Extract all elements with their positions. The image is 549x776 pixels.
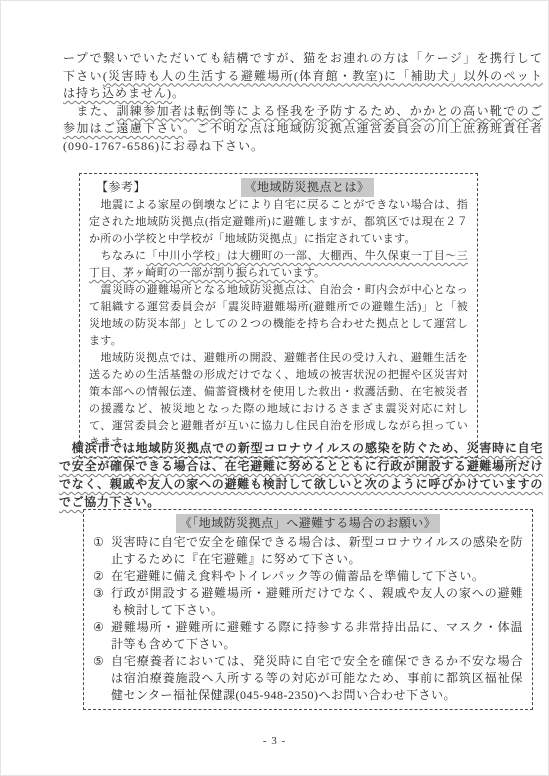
reference-paragraph-2: ちなみに「中川小学校」は大棚町の一部、大棚西、牛久保東一丁目～三丁目、茅ヶ崎町の… [89,248,468,282]
item-text: 災害時に自宅で安全を確保できる場合は、新型コロナウイルスの感染を防止するために『… [111,534,523,568]
request-box-header: 《「地域防災拠点」へ避難する場合のお願い》 [93,514,523,533]
item-marker: ③ [93,585,111,619]
item-text: 避難場所・避難所に避難する際に持参する非常持出品に、マスク・体温計等も含めて下さ… [111,619,523,653]
reference-paragraph-1: 地震による家屋の倒壊などにより自宅に戻ることができない場合は、指定された地域防災… [89,197,468,248]
covid-callout-text: 横浜市では地域防災拠点での新型コロナウイルスの感染を防ぐため、災害時に自宅で安全… [59,439,543,511]
item-marker: ⑤ [93,653,111,704]
list-item: ② 在宅避難に備え食料やトイレパック等の備蓄品を準備して下さい。 [93,568,523,585]
list-item: ① 災害時に自宅で安全を確保できる場合は、新型コロナウイルスの感染を防止するため… [93,534,523,568]
reference-title-wrap: 《地域防災拠点とは》 [146,178,468,197]
document-page: ープで繋いでいただいても結構ですが、猫をお連れの方は「ケージ」を携行して下さい(… [0,0,549,776]
reference-paragraph-4: 地域防災拠点では、避難所の開設、避難者住民の受け入れ、避難生活を送るための生活基… [89,350,468,452]
reference-box-body: 地震による家屋の倒壊などにより自宅に戻ることができない場合は、指定された地域防災… [89,197,468,452]
request-box: 《「地域防災拠点」へ避難する場合のお願い》 ① 災害時に自宅で安全を確保できる場… [83,509,533,710]
request-box-title: 《「地域防災拠点」へ避難する場合のお願い》 [176,514,441,533]
intro-text-block: ープで繋いでいただいても結構ですが、猫をお連れの方は「ケージ」を携行して下さい(… [63,50,543,155]
item-text: 行政が開設する避難場所・避難所だけでなく、親戚や友人の家への避難も検討して下さい… [111,585,523,619]
reference-box-title: 《地域防災拠点とは》 [241,178,374,197]
item-marker: ② [93,568,111,585]
reference-paragraph-3: 震災時の避難場所となる地域防災拠点は、自治会・町内会が中心となって組織する運営委… [89,282,468,350]
intro-paragraph-pets: ープで繋いでいただいても結構ですが、猫をお連れの方は「ケージ」を携行して下さい(… [63,50,543,103]
list-item: ③ 行政が開設する避難場所・避難所だけでなく、親戚や友人の家への避難も検討して下… [93,585,523,619]
page-number: - 3 - [1,735,548,747]
reference-label: 【参考】 [96,179,146,196]
item-marker: ④ [93,619,111,653]
item-text: 自宅療養者においては、発災時に自宅で安全を確保できるか不安な場合は宿泊療養施設へ… [111,653,523,704]
reference-box: 【参考】 《地域防災拠点とは》 地震による家屋の倒壊などにより自宅に戻ることがで… [79,173,478,458]
list-item: ④ 避難場所・避難所に避難する際に持参する非常持出品に、マスク・体温計等も含めて… [93,619,523,653]
request-item-list: ① 災害時に自宅で安全を確保できる場合は、新型コロナウイルスの感染を防止するため… [93,534,523,704]
list-item: ⑤ 自宅療養者においては、発災時に自宅で安全を確保できるか不安な場合は宿泊療養施… [93,653,523,704]
item-text: 在宅避難に備え食料やトイレパック等の備蓄品を準備して下さい。 [111,568,523,585]
covid-callout-paragraph: 横浜市では地域防災拠点での新型コロナウイルスの感染を防ぐため、災害時に自宅で安全… [59,439,543,511]
item-marker: ① [93,534,111,568]
reference-box-header: 【参考】 《地域防災拠点とは》 [89,178,468,197]
intro-paragraph-training: また、訓練参加者は転倒等による怪我を予防するため、かかとの高い靴でのご参加はご遠… [63,103,543,156]
